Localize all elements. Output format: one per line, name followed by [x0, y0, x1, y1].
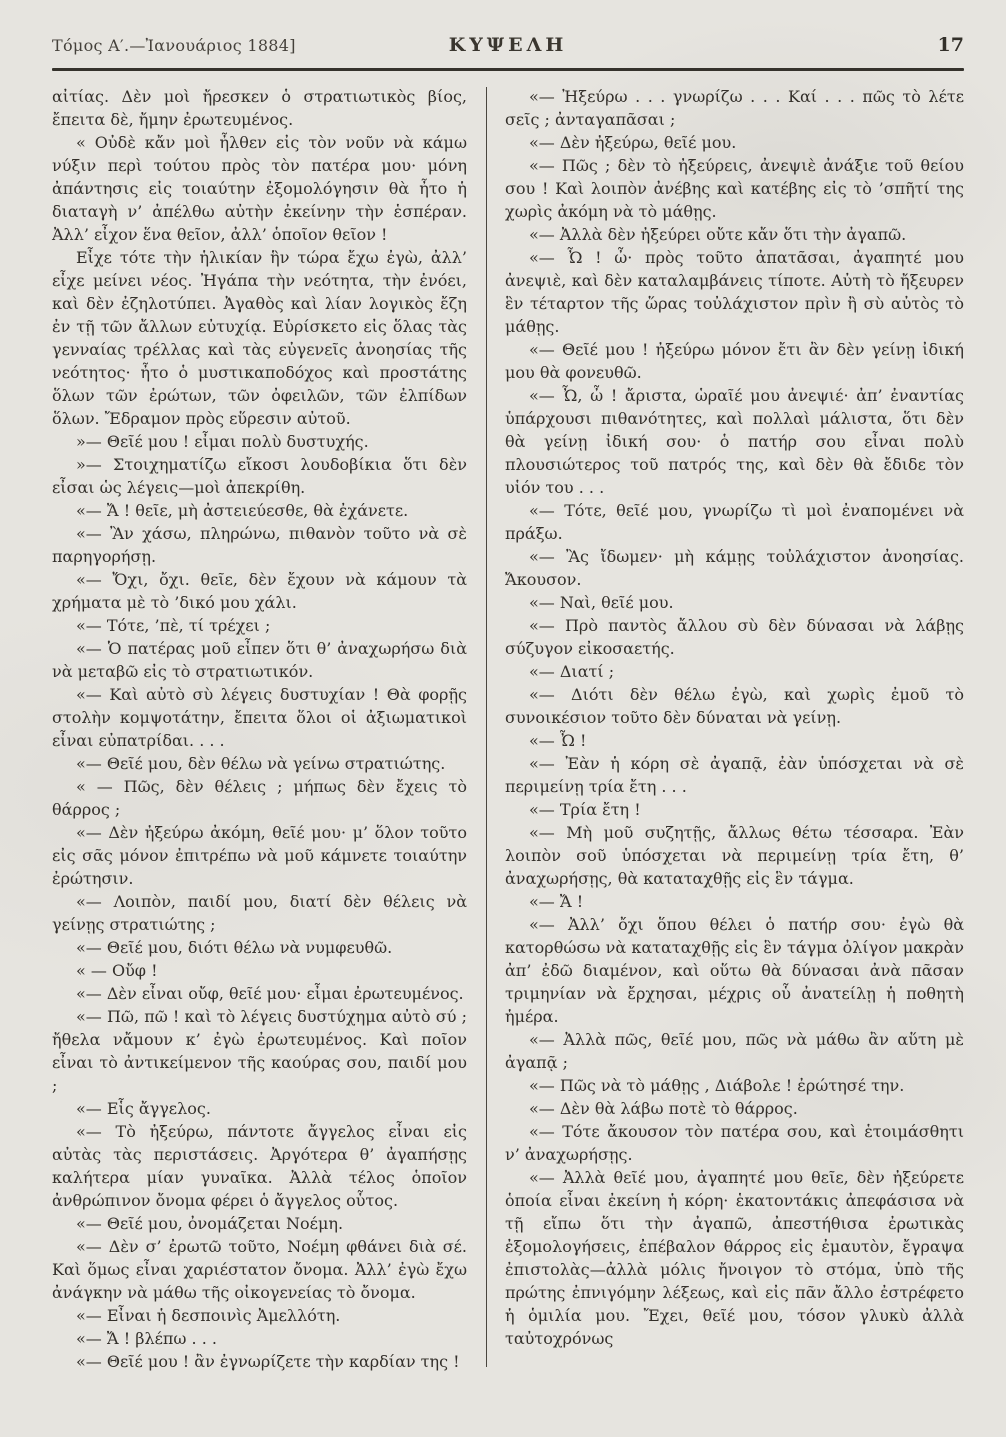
paragraph: «— Μὴ μοῦ συζητῇς, ἄλλως θέτω τέσσαρα. Ἐ…	[505, 821, 964, 890]
text-columns: αἰτίας. Δὲν μοὶ ἤρεσκεν ὁ στρατιωτικὸς β…	[52, 85, 964, 1373]
paragraph: « — Πῶς, δὲν θέλεις ; μήπως δὲν ἔχεις τὸ…	[52, 775, 467, 821]
paragraph: «— Τότε, ’πὲ, τί τρέχει ;	[52, 614, 467, 637]
paragraph: « — Οὔφ !	[52, 959, 467, 982]
paragraph: «— Ἂν χάσω, πληρώνω, πιθανὸν τοῦτο νὰ σὲ…	[52, 522, 467, 568]
paragraph: «— Τὸ ἠξεύρω, πάντοτε ἄγγελος εἶναι εἰς …	[52, 1120, 467, 1212]
page-header: Τόμος Α′.—Ἰανουάριος 1884] ΚΥΨΕΛΗ 17	[52, 34, 964, 68]
paragraph: «— Δὲν θὰ λάβω ποτὲ τὸ θάρρος.	[505, 1097, 964, 1120]
journal-title: ΚΥΨΕΛΗ	[52, 34, 964, 56]
paragraph: «— Ὦ, ὦ ! ἄριστα, ὡραῖέ μου ἀνεψιέ· ἀπ’ …	[505, 384, 964, 499]
paragraph: «— Ὄχι, ὄχι. θεῖε, δὲν ἔχουν νὰ κάμουν τ…	[52, 568, 467, 614]
paragraph: «— Θεῖέ μου, δὲν θέλω νὰ γείνω στρατιώτη…	[52, 752, 467, 775]
paragraph: «— Δὲν εἶναι οὔφ, θεῖέ μου· εἶμαι ἐρωτευ…	[52, 982, 467, 1005]
paragraph: «— Λοιπὸν, παιδί μου, διατί δὲν θέλεις ν…	[52, 890, 467, 936]
paragraph: «— Ἄ ! βλέπω . . .	[52, 1327, 467, 1350]
paragraph: «— Πρὸ παντὸς ἄλλου σὺ δὲν δύνασαι νὰ λά…	[505, 614, 964, 660]
right-column: «— Ἠξεύρω . . . γνωρίζω . . . Καί . . . …	[505, 85, 964, 1373]
paragraph: «— Ἠξεύρω . . . γνωρίζω . . . Καί . . . …	[505, 85, 964, 131]
paragraph: «— Πῶς ; δὲν τὸ ἠξεύρεις, ἀνεψιὲ ἀνάξιε …	[505, 154, 964, 223]
paragraph: «— Δὲν ἠξεύρω ἀκόμη, θεῖέ μου· μ’ ὅλον τ…	[52, 821, 467, 890]
paragraph: «— Εἶναι ἡ δεσποινὶς Ἀμελλότη.	[52, 1304, 467, 1327]
paragraph: «— Διατί ;	[505, 660, 964, 683]
paragraph: «— Πῶ, πῶ ! καὶ τὸ λέγεις δυστύχημα αὐτὸ…	[52, 1005, 467, 1097]
scanned-page: Τόμος Α′.—Ἰανουάριος 1884] ΚΥΨΕΛΗ 17 αἰτ…	[0, 0, 1006, 1437]
paragraph: «— Ἀλλὰ δὲν ἠξεύρει οὔτε κἄν ὅτι τὴν ἀγα…	[505, 223, 964, 246]
paragraph: «— Πῶς νὰ τὸ μάθῃς , Διάβολε ! ἐρώτησέ τ…	[505, 1074, 964, 1097]
paragraph: «— Ναὶ, θεῖέ μου.	[505, 591, 964, 614]
header-rule	[52, 68, 964, 71]
paragraph: «— Καὶ αὐτὸ σὺ λέγεις δυστυχίαν ! Θὰ φορ…	[52, 683, 467, 752]
paragraph: «— Δὲν σ’ ἐρωτῶ τοῦτο, Νοέμη φθάνει διὰ …	[52, 1235, 467, 1304]
paragraph: «— Τότε, θεῖέ μου, γνωρίζω τὶ μοὶ ἐναπομ…	[505, 499, 964, 545]
paragraph: «— Δὲν ἠξεύρω, θεῖέ μου.	[505, 131, 964, 154]
paragraph: »— Στοιχηματίζω εἴκοσι λουδοβίκια ὅτι δὲ…	[52, 453, 467, 499]
paragraph: «— Τότε ἄκουσον τὸν πατέρα σου, καὶ ἑτοι…	[505, 1120, 964, 1166]
paragraph: «— Εἷς ἄγγελος.	[52, 1097, 467, 1120]
paragraph: «— Διότι δὲν θέλω ἐγὼ, καὶ χωρὶς ἐμοῦ τὸ…	[505, 683, 964, 729]
paragraph: «— Θεῖέ μου ! ἠξεύρω μόνον ἔτι ἂν δὲν γε…	[505, 338, 964, 384]
paragraph: «— Θεῖέ μου, διότι θέλω νὰ νυμφευθῶ.	[52, 936, 467, 959]
paragraph: «— Ἄ !	[505, 890, 964, 913]
paragraph: αἰτίας. Δὲν μοὶ ἤρεσκεν ὁ στρατιωτικὸς β…	[52, 85, 467, 131]
paragraph: «— Ἄ ! θεῖε, μὴ ἀστειεύεσθε, θὰ ἐχάνετε.	[52, 499, 467, 522]
paragraph: «— Ἀλλ’ ὄχι ὅπου θέλει ὁ πατήρ σου· ἐγὼ …	[505, 913, 964, 1028]
paragraph: « Οὐδὲ κἄν μοὶ ἦλθεν εἰς τὸν νοῦν νὰ κάμ…	[52, 131, 467, 246]
paragraph: «— Ἀλλὰ πῶς, θεῖέ μου, πῶς νὰ μάθω ἂν αὕ…	[505, 1028, 964, 1074]
paragraph: «— Θεῖέ μου ! ἂν ἐγνωρίζετε τὴν καρδίαν …	[52, 1350, 467, 1373]
paragraph: Εἶχε τότε τὴν ἡλικίαν ἣν τώρα ἔχω ἐγὼ, ἀ…	[52, 246, 467, 430]
column-divider	[486, 87, 487, 1367]
paragraph: «— Θεῖέ μου, ὀνομάζεται Νοέμη.	[52, 1212, 467, 1235]
paragraph: «— Ὁ πατέρας μοῦ εἶπεν ὅτι θ’ ἀναχωρήσω …	[52, 637, 467, 683]
paragraph: «— Ἐὰν ἡ κόρη σὲ ἀγαπᾷ, ἐὰν ὑπόσχεται νὰ…	[505, 752, 964, 798]
left-column: αἰτίας. Δὲν μοὶ ἤρεσκεν ὁ στρατιωτικὸς β…	[52, 85, 467, 1373]
paragraph: «— Ὦ ! ὦ· πρὸς τοῦτο ἀπατᾶσαι, ἀγαπητέ μ…	[505, 246, 964, 338]
paragraph: »— Θεῖέ μου ! εἶμαι πολὺ δυστυχής.	[52, 430, 467, 453]
paragraph: «— Ἀλλὰ θεῖέ μου, ἀγαπητέ μου θεῖε, δὲν …	[505, 1166, 964, 1350]
paragraph: «— Ἂς ἴδωμεν· μὴ κάμῃς τοὐλάχιστον ἀνοησ…	[505, 545, 964, 591]
paragraph: «— Ὦ !	[505, 729, 964, 752]
paragraph: «— Τρία ἔτη !	[505, 798, 964, 821]
